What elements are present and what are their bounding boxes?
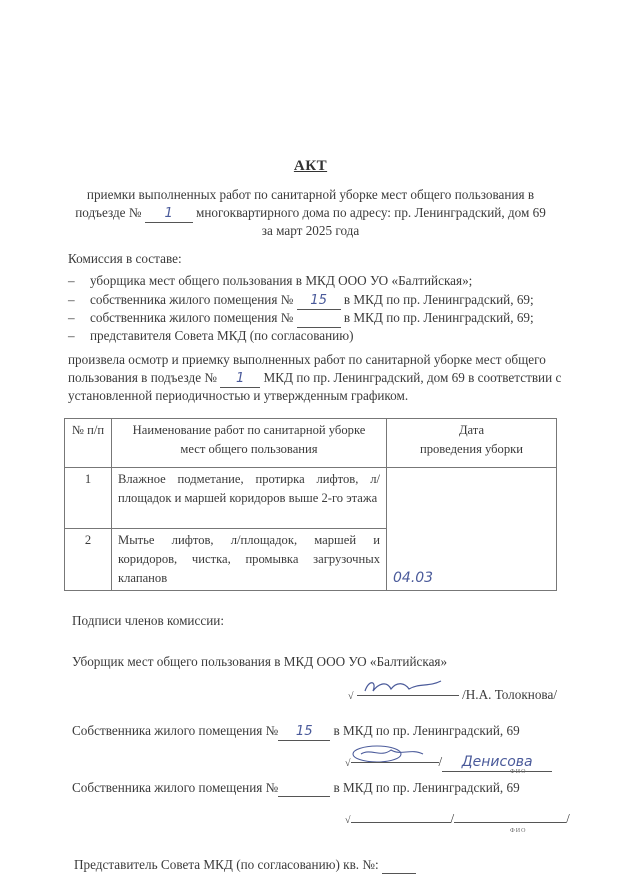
subtitle-line-2: подъезде № 1 многоквартирного дома по ад… xyxy=(0,204,621,223)
row-number: 1 xyxy=(65,468,112,529)
document-title: АКТ xyxy=(0,158,621,175)
cleaning-date-value: 04.03 xyxy=(393,570,433,586)
council-label: Представитель Совета МКД (по согласовани… xyxy=(74,857,379,872)
cleaner-name: /Н.А. Толокнова/ xyxy=(462,687,557,702)
cleaner-signature-field[interactable] xyxy=(357,683,459,696)
fio-label: ФИО xyxy=(510,769,526,775)
row-work-name: Мытье лифтов, л/площадок, маршей и корид… xyxy=(112,529,387,591)
owner2-apartment-field[interactable] xyxy=(278,779,330,797)
works-table: № п/п Наименование работ по санитарной у… xyxy=(64,418,557,591)
checkmark-icon: √ xyxy=(348,691,354,702)
owner1-line: Собственника жилого помещения №15 в МКД … xyxy=(72,722,520,741)
subtitle-entrance-label: подъезде № xyxy=(75,205,141,220)
owner-apartment-field-1[interactable]: 15 xyxy=(297,292,341,310)
owner2-name-field[interactable] xyxy=(454,810,566,823)
commission-member-4: –представителя Совета МКД (по согласован… xyxy=(68,327,353,344)
subtitle-line-1: приемки выполненных работ по санитарной … xyxy=(0,186,621,203)
table-row: 1 Влажное подметание, протирка лифтов, л… xyxy=(65,468,557,529)
owner1-apartment-field[interactable]: 15 xyxy=(278,723,330,741)
owner2-signature-line: √// xyxy=(345,810,570,829)
list-dash: – xyxy=(68,327,90,344)
header-number: № п/п xyxy=(65,419,112,468)
commission-heading: Комиссия в составе: xyxy=(68,250,182,267)
list-dash: – xyxy=(68,272,90,289)
row-work-name: Влажное подметание, протирка лифтов, л/п… xyxy=(112,468,387,529)
handwritten-signature-icon xyxy=(351,744,439,762)
owner1-signature-field[interactable] xyxy=(351,748,439,763)
statement-line-2: пользования в подъезде № 1 МКД по пр. Ле… xyxy=(68,369,561,388)
owner2-line: Собственника жилого помещения № в МКД по… xyxy=(72,779,520,797)
table-header-row: № п/п Наименование работ по санитарной у… xyxy=(65,419,557,468)
statement-entrance-field[interactable]: 1 xyxy=(220,370,260,388)
council-line: Представитель Совета МКД (по согласовани… xyxy=(74,856,416,874)
fio-label: ФИО xyxy=(510,828,526,834)
council-apartment-field[interactable] xyxy=(382,856,416,874)
cleaner-label: Уборщик мест общего пользования в МКД ОО… xyxy=(72,653,447,670)
list-dash: – xyxy=(68,309,90,326)
cleaner-signature-line: √ /Н.А. Толокнова/ xyxy=(348,683,557,705)
statement-line-1: произвела осмотр и приемку выполненных р… xyxy=(68,351,546,368)
entrance-number-field[interactable]: 1 xyxy=(145,205,193,223)
header-work-name: Наименование работ по санитарной уборке … xyxy=(112,419,387,468)
owner-apartment-field-2[interactable] xyxy=(297,310,341,328)
commission-member-1: –уборщика мест общего пользования в МКД … xyxy=(68,272,472,289)
signatures-heading: Подписи членов комиссии: xyxy=(72,612,224,629)
handwritten-signature-icon xyxy=(357,679,459,695)
list-dash: – xyxy=(68,291,90,308)
date-cell[interactable]: 04.03 xyxy=(387,468,557,591)
statement-line-3: установленной периодичностью и утвержден… xyxy=(68,387,408,404)
subtitle-period: за март 2025 года xyxy=(0,222,621,239)
header-date: Дата проведения уборки xyxy=(387,419,557,468)
row-number: 2 xyxy=(65,529,112,591)
owner2-signature-field[interactable] xyxy=(351,810,451,823)
subtitle-address: многоквартирного дома по адресу: пр. Лен… xyxy=(196,205,546,220)
commission-member-2: –собственника жилого помещения № 15 в МК… xyxy=(68,291,534,310)
commission-member-3: –собственника жилого помещения № в МКД п… xyxy=(68,309,534,328)
owner1-name-field[interactable]: Денисова xyxy=(442,754,552,772)
